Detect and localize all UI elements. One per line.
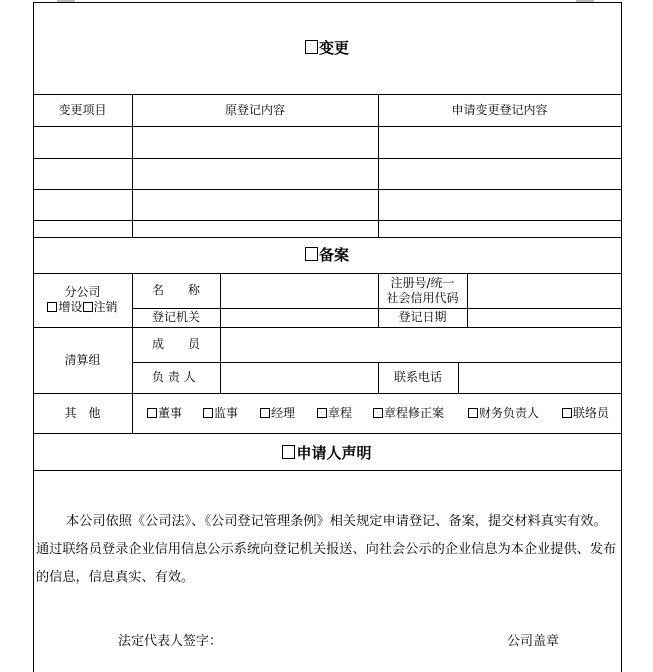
row-line bbox=[33, 94, 622, 95]
option-label: 章程修正案 bbox=[384, 406, 444, 420]
col-line bbox=[220, 273, 221, 393]
header-original-content: 原登记内容 bbox=[132, 103, 378, 117]
legal-rep-signature-label: 法定代表人签字： bbox=[118, 635, 222, 649]
reg-date-field[interactable] bbox=[468, 309, 621, 327]
option-label: 财务负责人 bbox=[479, 406, 539, 420]
new-content-cell-3[interactable] bbox=[379, 190, 621, 220]
original-content-cell-2[interactable] bbox=[133, 159, 378, 189]
other-label: 其 他 bbox=[33, 406, 132, 420]
declaration-checkbox[interactable] bbox=[282, 445, 295, 459]
table-border-top bbox=[33, 2, 622, 3]
change-item-cell-2[interactable] bbox=[34, 159, 132, 189]
articles-amendment-checkbox[interactable] bbox=[373, 408, 383, 418]
phone-label: 联系电话 bbox=[378, 370, 458, 384]
leader-field[interactable] bbox=[221, 363, 378, 393]
branch-label: 分公司 bbox=[33, 285, 132, 299]
option-finance-head[interactable]: 财务负责人 bbox=[468, 406, 539, 420]
change-item-cell-4[interactable] bbox=[34, 221, 132, 237]
col-line bbox=[467, 273, 468, 327]
header-new-content: 申请变更登记内容 bbox=[378, 103, 621, 117]
option-director[interactable]: 董事 bbox=[147, 406, 182, 420]
col-line bbox=[132, 94, 133, 237]
change-item-cell-1[interactable] bbox=[34, 127, 132, 158]
col-line bbox=[378, 94, 379, 237]
branch-name-label: 名 称 bbox=[152, 283, 200, 297]
filing-title-text: 备案 bbox=[319, 246, 349, 264]
reg-no-field[interactable] bbox=[468, 274, 621, 308]
row-line bbox=[33, 470, 622, 471]
branch-cancel-checkbox[interactable] bbox=[83, 302, 93, 312]
option-liaison[interactable]: 联络员 bbox=[562, 406, 609, 420]
option-label: 经理 bbox=[271, 406, 295, 420]
original-content-cell-4[interactable] bbox=[133, 221, 378, 237]
leader-label: 负 责 人 bbox=[152, 370, 196, 384]
new-content-cell-1[interactable] bbox=[379, 127, 621, 158]
change-checkbox[interactable] bbox=[305, 40, 318, 54]
company-seal-label: 公司盖章 bbox=[507, 635, 559, 649]
reg-no-label-line2: 社会信用代码 bbox=[378, 291, 467, 305]
option-articles[interactable]: 章程 bbox=[317, 406, 352, 420]
finance-head-checkbox[interactable] bbox=[468, 408, 478, 418]
option-label: 监事 bbox=[214, 406, 238, 420]
branch-cancel-label: 注销 bbox=[94, 300, 118, 314]
reg-no-label-line1: 注册号/统一 bbox=[378, 276, 467, 290]
reg-date-label: 登记日期 bbox=[378, 310, 467, 324]
liaison-checkbox[interactable] bbox=[562, 408, 572, 418]
row-line bbox=[33, 237, 622, 238]
branch-add-label: 增设 bbox=[58, 300, 82, 314]
option-manager[interactable]: 经理 bbox=[260, 406, 295, 420]
new-content-cell-2[interactable] bbox=[379, 159, 621, 189]
change-section-title: 变更 bbox=[33, 39, 621, 57]
authority-label: 登记机关 bbox=[152, 310, 200, 324]
supervisor-checkbox[interactable] bbox=[203, 408, 213, 418]
liquidation-label: 清算组 bbox=[33, 353, 132, 367]
col-line bbox=[378, 362, 379, 393]
phone-field[interactable] bbox=[459, 363, 621, 393]
members-label: 成 员 bbox=[152, 337, 200, 351]
branch-options: 增设注销 bbox=[33, 300, 132, 314]
original-content-cell-1[interactable] bbox=[133, 127, 378, 158]
director-checkbox[interactable] bbox=[147, 408, 157, 418]
header-change-item: 变更项目 bbox=[33, 103, 132, 117]
declaration-title-text: 申请人声明 bbox=[296, 444, 371, 462]
manager-checkbox[interactable] bbox=[260, 408, 270, 418]
option-label: 董事 bbox=[158, 406, 182, 420]
option-label: 章程 bbox=[328, 406, 352, 420]
articles-checkbox[interactable] bbox=[317, 408, 327, 418]
col-line bbox=[132, 273, 133, 434]
option-supervisor[interactable]: 监事 bbox=[203, 406, 238, 420]
change-title-text: 变更 bbox=[319, 39, 349, 57]
option-articles-amendment[interactable]: 章程修正案 bbox=[373, 406, 444, 420]
declaration-section-title: 申请人声明 bbox=[33, 444, 621, 462]
declaration-paragraph: 本公司依照《公司法》、《公司登记管理条例》相关规定申请登记、备案，提交材料真实有… bbox=[36, 508, 618, 592]
branch-add-checkbox[interactable] bbox=[47, 302, 57, 312]
table-border-right bbox=[621, 2, 622, 672]
row-line bbox=[33, 433, 622, 434]
branch-name-field[interactable] bbox=[221, 274, 378, 308]
authority-field[interactable] bbox=[221, 309, 378, 327]
option-label: 联络员 bbox=[573, 406, 609, 420]
row-line bbox=[33, 393, 622, 394]
filing-section-title: 备案 bbox=[33, 246, 621, 264]
new-content-cell-4[interactable] bbox=[379, 221, 621, 237]
change-item-cell-3[interactable] bbox=[34, 190, 132, 220]
filing-checkbox[interactable] bbox=[305, 247, 318, 261]
col-line bbox=[458, 362, 459, 393]
col-line bbox=[378, 273, 379, 327]
original-content-cell-3[interactable] bbox=[133, 190, 378, 220]
members-field[interactable] bbox=[221, 328, 621, 362]
